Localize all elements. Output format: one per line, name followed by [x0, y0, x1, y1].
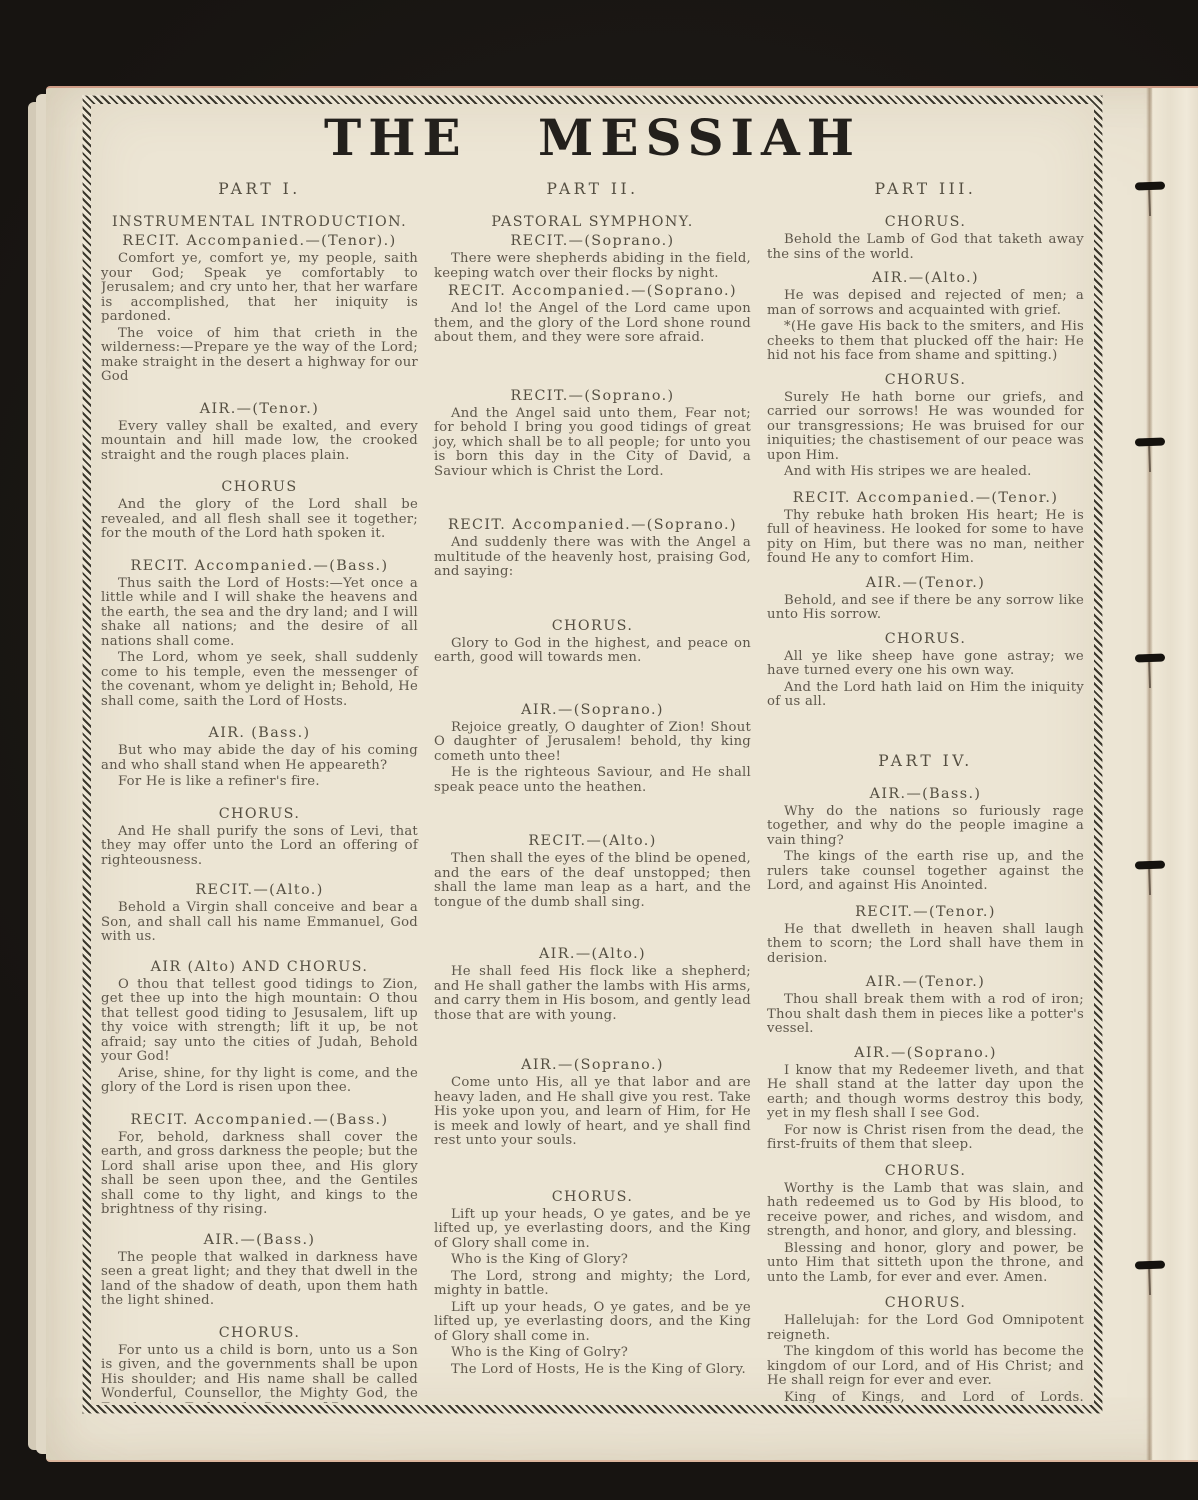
- lyric-paragraph: The Lord of Hosts, He is the King of Glo…: [434, 1363, 751, 1378]
- lyric-paragraph: Lift up your heads, O ye gates, and be y…: [434, 1208, 751, 1252]
- lyric-paragraph: Thy rebuke hath broken His heart; He is …: [767, 509, 1084, 567]
- section-heading: CHORUS.: [101, 1325, 418, 1341]
- movement-section: CHORUS.Surely He hath borne our griefs, …: [767, 372, 1084, 480]
- lyric-paragraph: O thou that tellest good tidings to Zion…: [101, 978, 418, 1065]
- lyric-paragraph: The Lord, strong and mighty; the Lord, m…: [434, 1270, 751, 1299]
- movement-section: CHORUS.Glory to God in the highest, and …: [434, 618, 751, 666]
- section-heading: AIR.—(Tenor.): [767, 974, 1084, 990]
- section-heading: RECIT. Accompanied.—(Soprano.): [434, 283, 751, 299]
- section-heading: RECIT. Accompanied.—(Tenor).): [101, 233, 418, 249]
- section-heading: AIR.—(Tenor.): [767, 575, 1084, 591]
- section-heading: AIR.—(Bass.): [767, 786, 1084, 802]
- section-heading: CHORUS.: [434, 1189, 751, 1205]
- lyric-paragraph: For, behold, darkness shall cover the ea…: [101, 1131, 418, 1218]
- lyric-paragraph: Every valley shall be exalted, and every…: [101, 420, 418, 464]
- section-heading: CHORUS.: [767, 214, 1084, 230]
- lyric-paragraph: Then shall the eyes of the blind be open…: [434, 852, 751, 910]
- section-heading: CHORUS.: [767, 372, 1084, 388]
- lyric-paragraph: The people that walked in darkness have …: [101, 1251, 418, 1309]
- lyric-paragraph: And the glory of the Lord shall be revea…: [101, 498, 418, 542]
- lyric-paragraph: He is the righteous Saviour, and He shal…: [434, 766, 751, 795]
- lyric-paragraph: The kings of the earth rise up, and the …: [767, 850, 1084, 894]
- part-heading: PART III.: [767, 180, 1084, 198]
- lyric-paragraph: Glory to God in the highest, and peace o…: [434, 637, 751, 666]
- movement-section: AIR (Alto) AND CHORUS.O thou that telles…: [101, 959, 418, 1096]
- movement-section: RECIT.—(Alto.)Then shall the eyes of the…: [434, 833, 751, 910]
- movement-section: CHORUS.All ye like sheep have gone astra…: [767, 631, 1084, 710]
- page-title: THE MESSIAH: [101, 110, 1084, 166]
- lyric-paragraph: There were shepherds abiding in the fiel…: [434, 252, 751, 281]
- lyric-paragraph: Comfort ye, comfort ye, my people, saith…: [101, 252, 418, 325]
- binding-stitch: [1135, 437, 1165, 446]
- movement-section: RECIT. Accompanied.—(Tenor.)Thy rebuke h…: [767, 490, 1084, 567]
- lyric-paragraph: For unto us a child is born, unto us a S…: [101, 1344, 418, 1404]
- lyric-paragraph: Who is the King of Glory?: [434, 1253, 751, 1268]
- movement-section: AIR.—(Bass.)The people that walked in da…: [101, 1232, 418, 1309]
- movement-section: RECIT.—(Alto.)Behold a Virgin shall conc…: [101, 882, 418, 945]
- lyric-paragraph: Blessing and honor, glory and power, be …: [767, 1242, 1084, 1286]
- lyric-paragraph: Behold the Lamb of God that taketh away …: [767, 233, 1084, 262]
- decorative-hatched-border: THE MESSIAH PART I.INSTRUMENTAL INTRODUC…: [82, 95, 1103, 1414]
- lyric-paragraph: He shall feed His flock like a shepherd;…: [434, 965, 751, 1023]
- section-heading: CHORUS.: [767, 1163, 1084, 1179]
- lyric-paragraph: Who is the King of Golry?: [434, 1346, 751, 1361]
- lyric-paragraph: He that dwelleth in heaven shall laugh t…: [767, 923, 1084, 967]
- lyric-paragraph: And lo! the Angel of the Lord came upon …: [434, 302, 751, 346]
- lyric-paragraph: Lift up your heads, O ye gates, and be y…: [434, 1301, 751, 1345]
- lyric-paragraph: The kingdom of this world has become the…: [767, 1345, 1084, 1389]
- movement-section: RECIT. Accompanied.—(Bass.)For, behold, …: [101, 1112, 418, 1218]
- section-heading: AIR. (Bass.): [101, 725, 418, 741]
- part-heading: PART IV.: [767, 752, 1084, 770]
- program-content: THE MESSIAH PART I.INSTRUMENTAL INTRODUC…: [91, 104, 1094, 1405]
- lyric-paragraph: Hallelujah: for the Lord God Omnipotent …: [767, 1314, 1084, 1343]
- movement-section: AIR.—(Alto.)He was depised and rejected …: [767, 270, 1084, 364]
- movement-section: AIR. (Bass.)But who may abide the day of…: [101, 725, 418, 790]
- binding-stitch: [1135, 860, 1165, 869]
- movement-section: AIR.—(Bass.)Why do the nations so furiou…: [767, 786, 1084, 894]
- movement-section: AIR.—(Tenor.)Every valley shall be exalt…: [101, 401, 418, 464]
- movement-section: AIR.—(Tenor.)Thou shall break them with …: [767, 974, 1084, 1037]
- section-heading: CHORUS.: [101, 806, 418, 822]
- column-part-2: PART II.PASTORAL SYMPHONY.RECIT.—(Sopran…: [434, 178, 751, 1403]
- section-heading: RECIT.—(Tenor.): [767, 904, 1084, 920]
- movement-section: RECIT.—(Soprano.)And the Angel said unto…: [434, 388, 751, 480]
- lyric-paragraph: Worthy is the Lamb that was slain, and h…: [767, 1182, 1084, 1240]
- lyric-paragraph: Why do the nations so furiously rage tog…: [767, 805, 1084, 849]
- section-heading: AIR.—(Bass.): [101, 1232, 418, 1248]
- lyric-paragraph: All ye like sheep have gone astray; we h…: [767, 650, 1084, 679]
- section-heading: AIR.—(Soprano.): [767, 1045, 1084, 1061]
- movement-section: AIR.—(Tenor.)Behold, and see if there be…: [767, 575, 1084, 623]
- binding-stitch: [1135, 181, 1165, 190]
- movement-section: CHORUS.Behold the Lamb of God that taket…: [767, 214, 1084, 262]
- section-heading: AIR.—(Soprano.): [434, 702, 751, 718]
- column-part-1: PART I.INSTRUMENTAL INTRODUCTION.RECIT. …: [101, 178, 418, 1403]
- movement-section: CHORUSAnd the glory of the Lord shall be…: [101, 479, 418, 542]
- column-part-3: PART III.CHORUS.Behold the Lamb of God t…: [767, 178, 1084, 1403]
- lyric-paragraph: Come unto His, all ye that labor and are…: [434, 1076, 751, 1149]
- section-heading: RECIT.—(Soprano.): [434, 233, 751, 249]
- section-heading: PASTORAL SYMPHONY.: [434, 214, 751, 230]
- lyric-paragraph: Thou shall break them with a rod of iron…: [767, 993, 1084, 1037]
- lyric-paragraph: And the Angel said unto them, Fear not; …: [434, 407, 751, 480]
- lyric-paragraph: But who may abide the day of his coming …: [101, 744, 418, 773]
- binding-stitch: [1135, 1260, 1165, 1269]
- section-heading: CHORUS: [101, 479, 418, 495]
- lyric-paragraph: I know that my Redeemer liveth, and that…: [767, 1064, 1084, 1122]
- binding-stitch: [1135, 653, 1165, 662]
- lyric-paragraph: And He shall purify the sons of Levi, th…: [101, 825, 418, 869]
- section-heading: AIR.—(Alto.): [767, 270, 1084, 286]
- section-heading: CHORUS.: [434, 618, 751, 634]
- movement-section: AIR.—(Soprano.)I know that my Redeemer l…: [767, 1045, 1084, 1153]
- lyric-paragraph: And with His stripes we are healed.: [767, 465, 1084, 480]
- movement-section: AIR.—(Soprano.)Come unto His, all ye tha…: [434, 1057, 751, 1149]
- section-heading: RECIT. Accompanied.—(Soprano.): [434, 517, 751, 533]
- lyric-paragraph: Arise, shine, for thy light is come, and…: [101, 1067, 418, 1096]
- section-heading: RECIT.—(Alto.): [101, 882, 418, 898]
- lyric-paragraph: Rejoice greatly, O daughter of Zion! Sho…: [434, 721, 751, 765]
- movement-section: AIR.—(Alto.)He shall feed His flock like…: [434, 946, 751, 1023]
- lyric-paragraph: *(He gave His back to the smiters, and H…: [767, 320, 1084, 364]
- columns: PART I.INSTRUMENTAL INTRODUCTION.RECIT. …: [101, 178, 1084, 1403]
- movement-section: CHORUS.Worthy is the Lamb that was slain…: [767, 1163, 1084, 1286]
- movement-section: RECIT. Accompanied.—(Soprano.)And sudden…: [434, 517, 751, 580]
- part-heading: PART I.: [101, 180, 418, 198]
- lyric-paragraph: The voice of him that crieth in the wild…: [101, 327, 418, 385]
- movement-section: CHORUS.For unto us a child is born, unto…: [101, 1325, 418, 1404]
- lyric-paragraph: And the Lord hath laid on Him the iniqui…: [767, 681, 1084, 710]
- section-heading: RECIT.—(Alto.): [434, 833, 751, 849]
- lyric-paragraph: Behold a Virgin shall conceive and bear …: [101, 901, 418, 945]
- section-heading: AIR (Alto) AND CHORUS.: [101, 959, 418, 975]
- section-heading: INSTRUMENTAL INTRODUCTION.: [101, 214, 418, 230]
- section-heading: RECIT.—(Soprano.): [434, 388, 751, 404]
- lyric-paragraph: Surely He hath borne our griefs, and car…: [767, 391, 1084, 464]
- movement-section: RECIT. Accompanied.—(Bass.)Thus saith th…: [101, 558, 418, 710]
- page-fold-edge: [1152, 88, 1198, 1460]
- document-page: THE MESSIAH PART I.INSTRUMENTAL INTRODUC…: [46, 86, 1198, 1462]
- movement-section: CHORUS.And He shall purify the sons of L…: [101, 806, 418, 869]
- lyric-paragraph: For now is Christ risen from the dead, t…: [767, 1124, 1084, 1153]
- part-heading: PART II.: [434, 180, 751, 198]
- photo-backdrop: { "page_title": "THE MESSIAH", "columns"…: [0, 0, 1198, 1500]
- section-heading: RECIT. Accompanied.—(Bass.): [101, 1112, 418, 1128]
- lyric-paragraph: And suddenly there was with the Angel a …: [434, 536, 751, 580]
- section-heading: RECIT. Accompanied.—(Bass.): [101, 558, 418, 574]
- section-heading: RECIT. Accompanied.—(Tenor.): [767, 490, 1084, 506]
- movement-section: PASTORAL SYMPHONY.RECIT.—(Soprano.)There…: [434, 214, 751, 281]
- section-heading: CHORUS.: [767, 631, 1084, 647]
- movement-section: AIR.—(Soprano.)Rejoice greatly, O daught…: [434, 702, 751, 796]
- lyric-paragraph: Behold, and see if there be any sorrow l…: [767, 594, 1084, 623]
- movement-section: RECIT.—(Tenor.)He that dwelleth in heave…: [767, 904, 1084, 967]
- section-heading: CHORUS.: [767, 1295, 1084, 1311]
- lyric-paragraph: Thus saith the Lord of Hosts:—Yet once a…: [101, 577, 418, 650]
- movement-section: CHORUS.Lift up your heads, O ye gates, a…: [434, 1189, 751, 1378]
- section-heading: AIR.—(Tenor.): [101, 401, 418, 417]
- lyric-paragraph: King of Kings, and Lord of Lords. Hallel…: [767, 1391, 1084, 1404]
- lyric-paragraph: The Lord, whom ye seek, shall suddenly c…: [101, 651, 418, 709]
- binding-crease: [1146, 88, 1153, 1460]
- lyric-paragraph: He was depised and rejected of men; a ma…: [767, 289, 1084, 318]
- section-heading: AIR.—(Soprano.): [434, 1057, 751, 1073]
- movement-section: CHORUS.Hallelujah: for the Lord God Omni…: [767, 1295, 1084, 1403]
- movement-section: RECIT. Accompanied.—(Soprano.)And lo! th…: [434, 283, 751, 346]
- section-heading: AIR.—(Alto.): [434, 946, 751, 962]
- movement-section: INSTRUMENTAL INTRODUCTION.RECIT. Accompa…: [101, 214, 418, 385]
- lyric-paragraph: For He is like a refiner's fire.: [101, 775, 418, 790]
